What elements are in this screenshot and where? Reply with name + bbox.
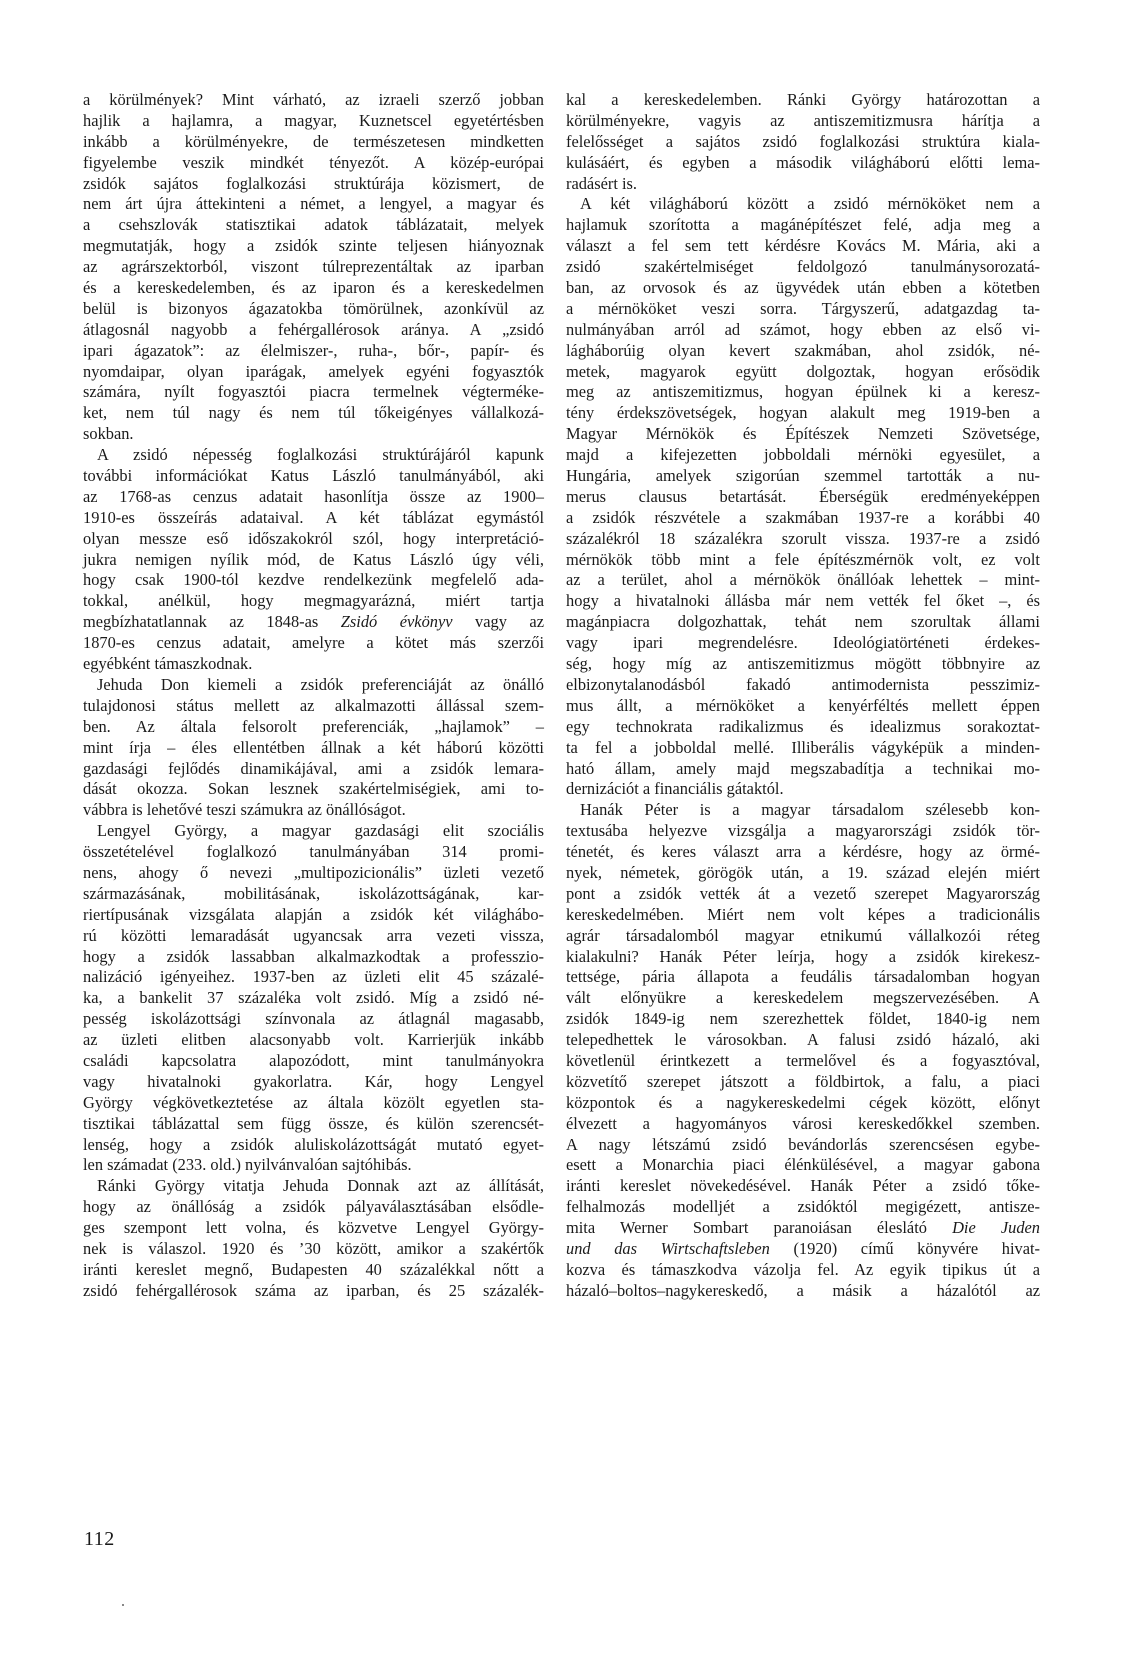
text-line: élvezett a hagyományos városi kereskedők… [566,1114,1040,1135]
text-line: figyelembe veszik mindkét tényezőt. A kö… [83,153,544,174]
text-line: választ a fel sem tett kérdésre Kovács M… [566,236,1040,257]
text-line: 1870-es cenzus adatait, amelyre a kötet … [83,633,544,654]
text-line: nek is válaszol. 1920 és ’30 között, ami… [83,1239,544,1260]
left-text-column: a körülmények? Mint várható, az izraeli … [83,90,544,1302]
text-line: a zsidók részvétele a szakmában 1937-re … [566,508,1040,529]
text-line: meg az antiszemitizmus, hogyan épülnek k… [566,382,1040,403]
text-line: jukra nemigen nyílik mód, de Katus Lászl… [83,550,544,571]
text-line: kialakulni? Hanák Péter leírja, hogy a z… [566,947,1040,968]
text-line: kozva és támaszkodva vázolja fel. Az egy… [566,1260,1040,1281]
text-line: hogy a hivatalnoki állásba már nem vetté… [566,591,1040,612]
text-line: und das Wirtschaftsleben (1920) című kön… [566,1239,1040,1260]
text-line: zsidók 1849-ig nem szerezhettek földet, … [566,1009,1040,1030]
text-line: iránti kereslet növekedésével. Hanák Pét… [566,1176,1040,1197]
italic-title: Zsidó évkönyv [341,612,453,631]
text-line: a körülmények? Mint várható, az izraeli … [83,90,544,111]
text-line: metek, magyarok együtt dolgoztak, hogyan… [566,362,1040,383]
text-line: hogy az önállóság a zsidók pályaválasztá… [83,1197,544,1218]
text-line: számára, nyílt fogyasztói piacra termeln… [83,382,544,403]
right-text-column: kal a kereskedelemben. Ránki György hatá… [566,90,1040,1302]
text-line: hogy csak 1900-tól kezdve rendelkezünk m… [83,570,544,591]
text-line: radásért is. [566,174,1040,195]
text-line: rú közötti lemaradását ugyancsak arra ve… [83,926,544,947]
text-line: megmutatják, hogy a zsidók szinte teljes… [83,236,544,257]
text-line: tisztikai táblázattal sem függ össze, és… [83,1114,544,1135]
text-line: hajlik a hajlamra, a magyar, Kuznetscel … [83,111,544,132]
text-line: majd a kifejezetten jobboldali mérnöki e… [566,445,1040,466]
text-line: központok és a nagykereskedelmi cégek kö… [566,1093,1040,1114]
text-line: és a kereskedelemben, és az iparon és a … [83,278,544,299]
text-line: György végkövetkeztetése az általa közöl… [83,1093,544,1114]
text-line: összetételével foglalkozó tanulmányában … [83,842,544,863]
text-line: Lengyel György, a magyar gazdasági elit … [83,821,544,842]
text-line: lágháborúig olyan kevert szakmában, ahol… [566,341,1040,362]
text-line: felhalmozás modelljét a zsidóktól megigé… [566,1197,1040,1218]
text-line: körülményekre, vagyis az antiszemitizmus… [566,111,1040,132]
text-line: az üzleti elitben alacsonyabb volt. Karr… [83,1030,544,1051]
text-line: mint írja – éles ellentétben állnak a ké… [83,738,544,759]
text-line: családi kapcsolatra alapozódott, mint ta… [83,1051,544,1072]
text-line: zsidó szakértelmiséget feldolgozó tanulm… [566,257,1040,278]
text-line: vábbra is lehetővé teszi számukra az öná… [83,800,544,821]
text-line: lenség, hogy a zsidók aluliskolázottságá… [83,1135,544,1156]
text-line: vagy ipari megrendelésre. Ideológiatörté… [566,633,1040,654]
text-line: megbízhatatlannak az 1848-as Zsidó évkön… [83,612,544,633]
text-line: Hungária, amelyek szigorúan szemmel tart… [566,466,1040,487]
text-line: A nagy létszámú zsidó bevándorlás szeren… [566,1135,1040,1156]
text-line: követlenül érintkezett a termelővel és a… [566,1051,1040,1072]
text-line: vált előnyükre a kereskedelem megszervez… [566,988,1040,1009]
text-line: dernizációt a financiális gátaktól. [566,779,1040,800]
text-line: további információkat Katus László tanul… [83,466,544,487]
text-line: az a terület, ahol a mérnökök önállóak l… [566,570,1040,591]
text-line: mérnökök több mint a fele építészmérnök … [566,550,1040,571]
text-line: ban, az orvosok és az ügyvédek után ebbe… [566,278,1040,299]
text-line: dását okozza. Sokan lesznek szakértelmis… [83,779,544,800]
text-line: belül is bizonyos ágazatokba tömörülnek,… [83,299,544,320]
text-line: len számadat (233. old.) nyilvánvalóan s… [83,1155,544,1176]
text-line: merus clausus betartását. Éberségük ered… [566,487,1040,508]
text-line: A két világháború között a zsidó mérnökö… [566,194,1040,215]
page-number: 112 [84,1528,115,1551]
text-line: ben. Az általa felsorolt preferenciák, „… [83,717,544,738]
text-line: telepedhettek le városokban. A falusi zs… [566,1030,1040,1051]
text-line: agrár társadalomból magyar etnikumú váll… [566,926,1040,947]
text-line: a mérnököket veszi sorra. Tárgyszerű, ad… [566,299,1040,320]
text-line: egyébként támaszkodnak. [83,654,544,675]
text-line: Jehuda Don kiemeli a zsidók preferenciáj… [83,675,544,696]
text-line: sokban. [83,424,544,445]
text-line: Ránki György vitatja Jehuda Donnak azt a… [83,1176,544,1197]
text-line: közvetítő szerepet játszott a földbirtok… [566,1072,1040,1093]
text-line: tény érdekszövetségek, hogyan alakult me… [566,403,1040,424]
text-line: hajlamuk szorította a magánépítészet fel… [566,215,1040,236]
text-line: felelősséget a sajátos zsidó foglalkozás… [566,132,1040,153]
text-line: az 1768-as cenzus adatait hasonlítja öss… [83,487,544,508]
text-line: átlagosnál nagyobb a fehérgallérosok ará… [83,320,544,341]
text-line: 1910-es összeírás adataival. A két táblá… [83,508,544,529]
text-line: a csehszlovák statisztikai adatok tábláz… [83,215,544,236]
text-line: inkább a körülményekre, de természetesen… [83,132,544,153]
text-line: kulásáért, és egyben a második világhábo… [566,153,1040,174]
text-line: tulajdonosi státus mellett az alkalmazot… [83,696,544,717]
text-line: esett a Monarchia piaci élénkülésével, a… [566,1155,1040,1176]
text-line: elbizonytalanodásból fakadó antimodernis… [566,675,1040,696]
italic-title: und das Wirtschaftsleben [566,1239,770,1258]
document-page: a körülmények? Mint várható, az izraeli … [0,0,1133,1673]
text-line: textusába helyezve vizsgálja a magyarors… [566,821,1040,842]
text-line: hogy a zsidók lassabban alkalmazkodtak a… [83,947,544,968]
text-line: gazdasági fejlődés dinamikájával, ami a … [83,759,544,780]
text-line: egy technokrata radikalizmus és idealizm… [566,717,1040,738]
text-line: magánpiacra dolgozhattak, tehát nem szor… [566,612,1040,633]
text-line: nens, ahogy ő nevezi „multipozicionális”… [83,863,544,884]
text-line: ható állam, amely majd megszabadítja a t… [566,759,1040,780]
text-line: ipari ágazatok”: az élelmiszer-, ruha-, … [83,341,544,362]
text-line: Magyar Mérnökök és Építészek Nemzeti Szö… [566,424,1040,445]
text-line: tettsége, pária állapota a feudális társ… [566,967,1040,988]
text-line: ka, a bankelit 37 százaléka volt zsidó. … [83,988,544,1009]
text-line: riertípusának vizsgálata alapján a zsidó… [83,905,544,926]
text-line: házaló–boltos–nagykereskedő, a másik a h… [566,1281,1040,1302]
text-line: nalizáció igényeihez. 1937-ben az üzleti… [83,967,544,988]
text-line: nyomdaipar, olyan iparágak, amelyek egyé… [83,362,544,383]
text-line: olyan messze eső időszakokról szól, hogy… [83,529,544,550]
text-line: mus állt, a mérnököket a kenyérféltés me… [566,696,1040,717]
text-line: az agrárszektorból, viszont túlreprezent… [83,257,544,278]
text-line: ket, nem túl nagy és nem túl tőkeigényes… [83,403,544,424]
text-line: nem árt újra áttekinteni a német, a leng… [83,194,544,215]
text-line: Hanák Péter is a magyar társadalom széle… [566,800,1040,821]
text-line: kereskedelmében. Miért nem volt képes a … [566,905,1040,926]
text-line: ta fel a jobboldal mellé. Illiberális vá… [566,738,1040,759]
text-line: zsidó fehérgallérosok száma az iparban, … [83,1281,544,1302]
italic-title: Die Juden [952,1218,1040,1237]
text-line: pesség iskolázottsági színvonala az átla… [83,1009,544,1030]
text-line: pont a zsidók vették át a vezető szerepe… [566,884,1040,905]
text-line: ges szempont lett volna, és közvetve Len… [83,1218,544,1239]
scan-speck [122,1604,124,1606]
text-line: vagy hivatalnoki gyakorlatra. Kár, hogy … [83,1072,544,1093]
text-line: A zsidó népesség foglalkozási struktúráj… [83,445,544,466]
text-line: nulmányában arról ad számot, hogy ebben … [566,320,1040,341]
text-line: mita Werner Sombart paranoiásan éleslátó… [566,1218,1040,1239]
text-line: származásának, mobilitásának, iskolázott… [83,884,544,905]
text-line: százalékról 18 százalékra szorult vissza… [566,529,1040,550]
text-line: ténetét, és keres választ arra a kérdésr… [566,842,1040,863]
text-line: ség, hogy míg az antiszemitizmus mögött … [566,654,1040,675]
text-line: nyek, németek, görögök után, a 19. száza… [566,863,1040,884]
text-line: iránti kereslet megnő, Budapesten 40 szá… [83,1260,544,1281]
text-line: kal a kereskedelemben. Ránki György hatá… [566,90,1040,111]
text-line: tokkal, anélkül, hogy megmagyarázná, mié… [83,591,544,612]
text-line: zsidók sajátos foglalkozási struktúrája … [83,174,544,195]
